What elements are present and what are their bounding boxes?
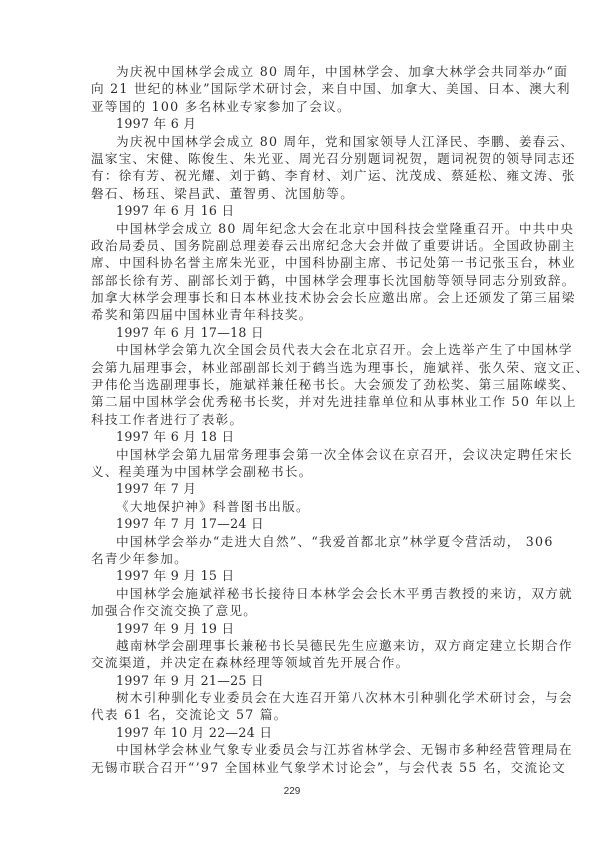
paragraph: 中国林学会第九届常务理事会第一次全体会议在京召开，会议决定聘任宋长 义、程美瑾为…: [91, 446, 511, 481]
text-line: 越南林学会副理事长兼秘书长吴德民先生应邀来访，双方商定建立长期合作: [91, 637, 511, 654]
text-line: 中国林学会第九次全国会员代表大会在北京召开。会上选举产生了中国林学: [91, 341, 511, 358]
text-line: 代表 61 名，交流论文 57 篇。: [91, 706, 511, 723]
text-line: 中国林学会第九届常务理事会第一次全体会议在京召开，会议决定聘任宋长: [91, 446, 511, 463]
text-line: 温家宝、宋健、陈俊生、朱光亚、周光召分别题词祝贺，题词祝贺的领导同志还: [91, 150, 511, 167]
date-heading: 1997 年 10 月 22—24 日: [91, 724, 511, 741]
date-heading: 1997 年 7 月: [91, 480, 511, 497]
date-heading: 1997 年 6 月 17—18 日: [91, 324, 511, 341]
paragraph: 中国林学会施斌祥秘书长接待日本林学会会长木平勇吉教授的来访，双方就 加强合作交流…: [91, 585, 511, 620]
paragraph: 中国林学会举办“走进大自然”、“我爱首都北京”林学夏令营活动， 306 名青少年…: [91, 533, 511, 568]
paragraph: 为庆祝中国林学会成立 80 周年，党和国家领导人江泽民、李鹏、姜春云、 温家宝、…: [91, 133, 511, 203]
text-line: 《大地保护神》科普图书出版。: [91, 498, 511, 515]
text-line: 无锡市联合召开“’97 全国林业气象学术讨论会”，与会代表 55 名，交流论文: [91, 759, 511, 776]
paragraph: 中国林学会成立 80 周年纪念大会在北京中国科技会堂隆重召开。中共中央 政治局委…: [91, 220, 511, 324]
text-line: 中国林学会成立 80 周年纪念大会在北京中国科技会堂隆重召开。中共中央: [91, 220, 511, 237]
text-line: 会第九届理事会，林业部副部长刘于鹤当选为理事长，施斌祥、张久荣、寇文正、: [91, 359, 511, 376]
paragraph: 中国林学会林业气象专业委员会与江苏省林学会、无锡市多种经营管理局在 无锡市联合召…: [91, 741, 511, 776]
text-line: 磐石、杨珏、梁昌武、董智勇、沈国舫等。: [91, 185, 511, 202]
date-heading: 1997 年 9 月 15 日: [91, 567, 511, 584]
text-line: 科技工作者进行了表彰。: [91, 411, 511, 428]
text-line: 席、中国科协名誉主席朱光亚，中国科协副主席、书记处第一书记张玉台，林业: [91, 254, 511, 271]
paragraph: 中国林学会第九次全国会员代表大会在北京召开。会上选举产生了中国林学 会第九届理事…: [91, 341, 511, 428]
date-heading: 1997 年 9 月 19 日: [91, 620, 511, 637]
date-heading: 1997 年 9 月 21—25 日: [91, 672, 511, 689]
text-line: 交流渠道，并决定在森林经理等领域首先开展合作。: [91, 654, 511, 671]
text-line: 义、程美瑾为中国林学会副秘书长。: [91, 463, 511, 480]
text-line: 尹伟伦当选副理事长，施斌祥兼任秘书长。大会颁发了劲松奖、第三届陈嵘奖、: [91, 376, 511, 393]
text-line: 第二届中国林学会优秀秘书长奖，并对先进挂靠单位和从事林业工作 50 年以上: [91, 393, 511, 410]
text-line: 希奖和第四届中国林业青年科技奖。: [91, 306, 511, 323]
text-line: 部部长徐有芳、副部长刘于鹤，中国林学会理事长沈国舫等领导同志分别致辞。: [91, 272, 511, 289]
date-heading: 1997 年 6 月: [91, 115, 511, 132]
text-line: 中国林学会林业气象专业委员会与江苏省林学会、无锡市多种经营管理局在: [91, 741, 511, 758]
text-line: 中国林学会举办“走进大自然”、“我爱首都北京”林学夏令营活动， 306: [91, 533, 511, 550]
paragraph: 为庆祝中国林学会成立 80 周年，中国林学会、加拿大林学会共同举办“面 向 21…: [91, 63, 511, 115]
text-line: 亚等国的 100 多名林业专家参加了会议。: [91, 98, 511, 115]
date-heading: 1997 年 6 月 16 日: [91, 202, 511, 219]
text-line: 加拿大林学会理事长和日本林业技术协会会长应邀出席。会上还颁发了第三届梁: [91, 289, 511, 306]
text-line: 政治局委员、国务院副总理姜春云出席纪念大会并做了重要讲话。全国政协副主: [91, 237, 511, 254]
text-line: 中国林学会施斌祥秘书长接待日本林学会会长木平勇吉教授的来访，双方就: [91, 585, 511, 602]
text-line: 为庆祝中国林学会成立 80 周年，党和国家领导人江泽民、李鹏、姜春云、: [91, 133, 511, 150]
paragraph: 树木引种驯化专业委员会在大连召开第八次林木引种驯化学术研讨会，与会 代表 61 …: [91, 689, 511, 724]
text-line: 名青少年参加。: [91, 550, 511, 567]
date-heading: 1997 年 7 月 17—24 日: [91, 515, 511, 532]
text-line: 树木引种驯化专业委员会在大连召开第八次林木引种驯化学术研讨会，与会: [91, 689, 511, 706]
text-line: 为庆祝中国林学会成立 80 周年，中国林学会、加拿大林学会共同举办“面: [91, 63, 511, 80]
text-line: 有：徐有芳、祝光耀、刘于鹤、李育材、刘广运、沈茂成、蔡延松、雍文涛、张: [91, 167, 511, 184]
paragraph: 《大地保护神》科普图书出版。: [91, 498, 511, 515]
text-line: 加强合作交流交换了意见。: [91, 602, 511, 619]
document-body: 为庆祝中国林学会成立 80 周年，中国林学会、加拿大林学会共同举办“面 向 21…: [91, 63, 511, 776]
date-heading: 1997 年 6 月 18 日: [91, 428, 511, 445]
page-number: 229: [0, 786, 584, 797]
paragraph: 越南林学会副理事长兼秘书长吴德民先生应邀来访，双方商定建立长期合作 交流渠道，并…: [91, 637, 511, 672]
text-line: 向 21 世纪的林业”国际学术研讨会，来自中国、加拿大、美国、日本、澳大利: [91, 80, 511, 97]
